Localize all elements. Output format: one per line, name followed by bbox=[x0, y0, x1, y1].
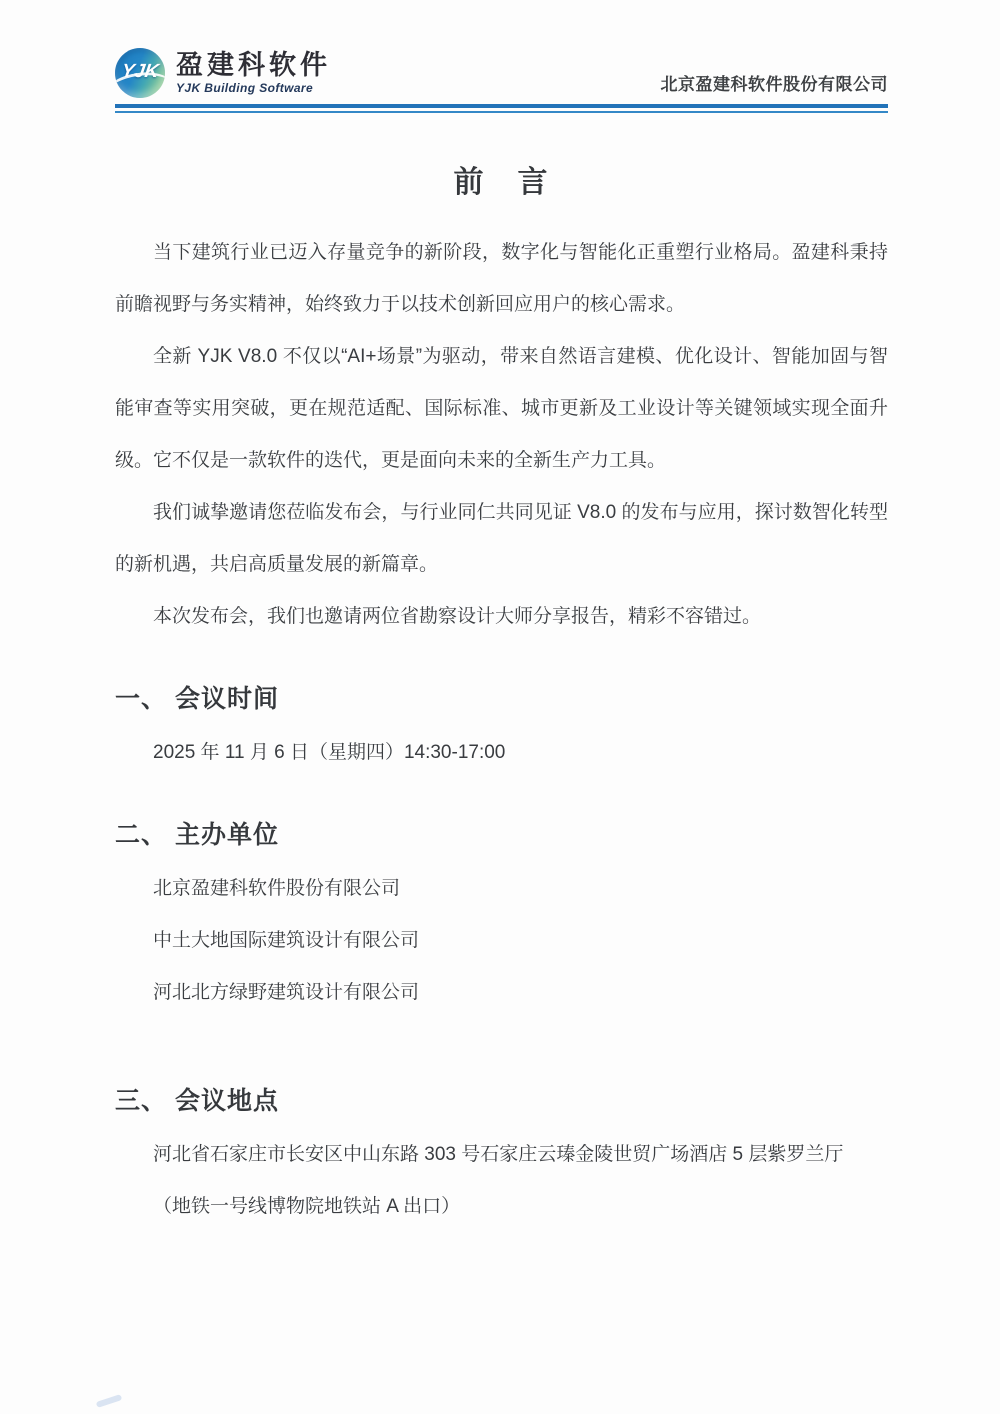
section-venue: 三、 会议地点 河北省石家庄市长安区中山东路 303 号石家庄云瑧金陵世贸广场酒… bbox=[115, 1081, 888, 1233]
section-body: 河北省石家庄市长安区中山东路 303 号石家庄云瑧金陵世贸广场酒店 5 层紫罗兰… bbox=[115, 1129, 888, 1233]
header: YJK 盈建科软件 YJK Building Software 北京盈建科软件股… bbox=[115, 48, 888, 98]
logo-badge-text: YJK bbox=[120, 61, 160, 83]
organizer-item: 北京盈建科软件股份有限公司 bbox=[115, 863, 888, 915]
section-body: 北京盈建科软件股份有限公司 中土大地国际建筑设计有限公司 河北北方绿野建筑设计有… bbox=[115, 863, 888, 1019]
paragraph: 当下建筑行业已迈入存量竞争的新阶段，数字化与智能化正重塑行业格局。盈建科秉持前瞻… bbox=[115, 227, 888, 331]
section-heading: 三、 会议地点 bbox=[115, 1081, 888, 1117]
meeting-time: 2025 年 11 月 6 日（星期四）14:30-17:00 bbox=[115, 727, 888, 779]
yjk-globe-logo-icon: YJK bbox=[115, 48, 165, 98]
paragraph: 本次发布会，我们也邀请两位省勘察设计大师分享报告，精彩不容错过。 bbox=[115, 591, 888, 643]
brand-name-cn: 盈建科软件 bbox=[176, 51, 331, 81]
logo-text: 盈建科软件 YJK Building Software bbox=[176, 51, 331, 96]
scan-artifact bbox=[96, 1394, 123, 1408]
organizer-item: 河北北方绿野建筑设计有限公司 bbox=[115, 967, 888, 1019]
venue-address: 河北省石家庄市长安区中山东路 303 号石家庄云瑧金陵世贸广场酒店 5 层紫罗兰… bbox=[115, 1129, 888, 1181]
preface-body: 当下建筑行业已迈入存量竞争的新阶段，数字化与智能化正重塑行业格局。盈建科秉持前瞻… bbox=[115, 227, 888, 643]
page-title: 前 言 bbox=[115, 157, 888, 201]
paragraph: 我们诚挚邀请您莅临发布会，与行业同仁共同见证 V8.0 的发布与应用，探讨数智化… bbox=[115, 487, 888, 591]
section-meeting-time: 一、 会议时间 2025 年 11 月 6 日（星期四）14:30-17:00 bbox=[115, 679, 888, 779]
venue-subway-note: （地铁一号线博物院地铁站 A 出口） bbox=[115, 1181, 888, 1233]
section-body: 2025 年 11 月 6 日（星期四）14:30-17:00 bbox=[115, 727, 888, 779]
document-page: YJK 盈建科软件 YJK Building Software 北京盈建科软件股… bbox=[0, 0, 1000, 1414]
content: 前 言 当下建筑行业已迈入存量竞争的新阶段，数字化与智能化正重塑行业格局。盈建科… bbox=[115, 157, 888, 1233]
section-heading: 二、 主办单位 bbox=[115, 815, 888, 851]
section-organizers: 二、 主办单位 北京盈建科软件股份有限公司 中土大地国际建筑设计有限公司 河北北… bbox=[115, 815, 888, 1019]
brand-name-en: YJK Building Software bbox=[176, 81, 331, 95]
organizer-item: 中土大地国际建筑设计有限公司 bbox=[115, 915, 888, 967]
paragraph: 全新 YJK V8.0 不仅以“AI+场景”为驱动，带来自然语言建模、优化设计、… bbox=[115, 331, 888, 487]
header-divider bbox=[115, 104, 888, 113]
header-company-name: 北京盈建科软件股份有限公司 bbox=[661, 70, 889, 98]
logo: YJK 盈建科软件 YJK Building Software bbox=[115, 48, 331, 98]
section-heading: 一、 会议时间 bbox=[115, 679, 888, 715]
